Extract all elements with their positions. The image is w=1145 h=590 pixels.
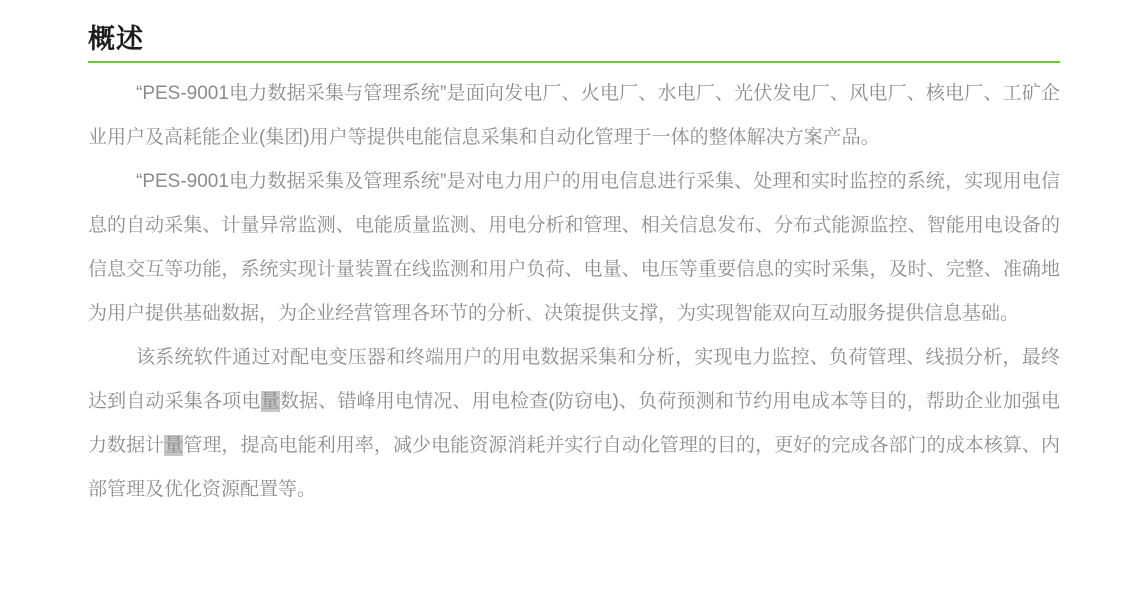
text-segment: “PES-9001电力数据采集及管理系统”是对电力用户的用电信息进行采集、处理和… xyxy=(88,171,1060,324)
highlighted-text: 量 xyxy=(164,435,183,456)
paragraphs: “PES-9001电力数据采集与管理系统”是面向发电厂、火电厂、水电厂、光伏发电… xyxy=(88,72,1060,512)
paragraph: 该系统软件通过对配电变压器和终端用户的用电数据采集和分析，实现电力监控、负荷管理… xyxy=(88,336,1060,512)
section-divider xyxy=(88,61,1060,63)
paragraph: “PES-9001电力数据采集与管理系统”是面向发电厂、火电厂、水电厂、光伏发电… xyxy=(88,72,1060,160)
text-segment: 管理，提高电能利用率，减少电能资源消耗并实行自动化管理的目的，更好的完成各部门的… xyxy=(88,435,1060,500)
text-segment: “PES-9001电力数据采集与管理系统”是面向发电厂、火电厂、水电厂、光伏发电… xyxy=(88,83,1060,148)
overview-section: 概述 “PES-9001电力数据采集与管理系统”是面向发电厂、火电厂、水电厂、光… xyxy=(0,0,1145,512)
section-title: 概述 xyxy=(88,0,1060,54)
paragraph: “PES-9001电力数据采集及管理系统”是对电力用户的用电信息进行采集、处理和… xyxy=(88,160,1060,336)
highlighted-text: 量 xyxy=(261,391,280,412)
